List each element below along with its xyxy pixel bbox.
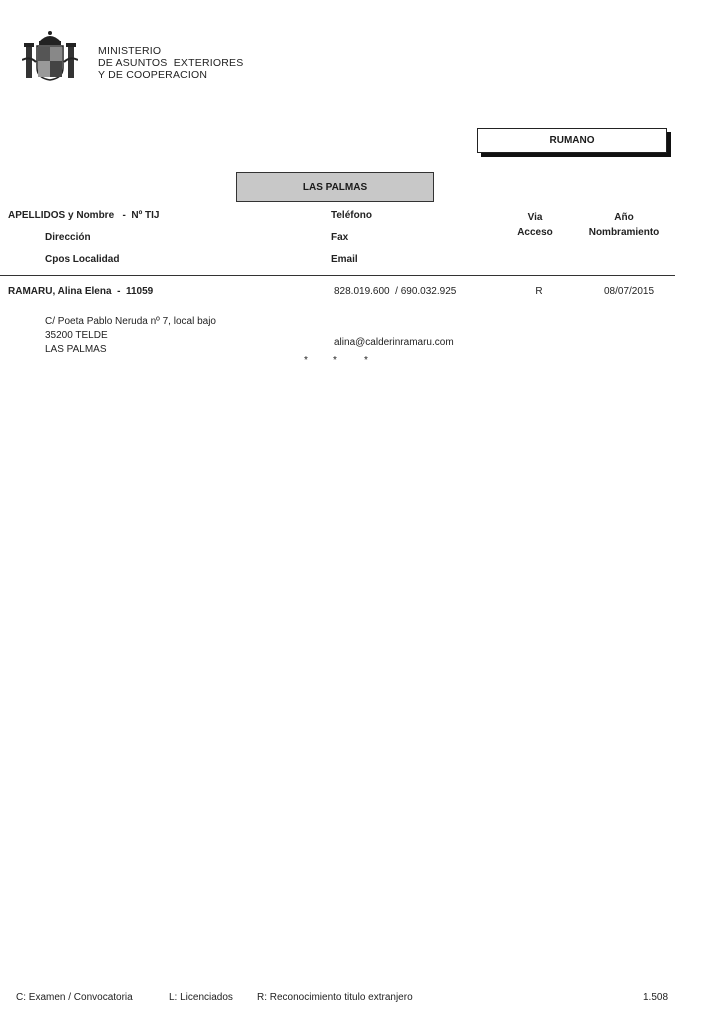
ministry-line-2: DE ASUNTOS EXTERIORES — [98, 57, 243, 69]
record-separator-3: * — [364, 355, 368, 366]
record-address: C/ Poeta Pablo Neruda nº 7, local bajo — [45, 315, 216, 329]
col-header-name-tij: APELLIDOS y Nombre - Nº TIJ — [8, 210, 159, 221]
col-header-year: Año Nombramiento — [578, 210, 670, 240]
language-box: RUMANO — [477, 128, 667, 153]
col-header-address: Dirección — [45, 232, 91, 243]
record-cpos-locality: 35200 TELDE — [45, 329, 216, 343]
record-province: LAS PALMAS — [45, 343, 216, 357]
col-header-fax: Fax — [331, 232, 348, 243]
record-email[interactable]: alina@calderinramaru.com — [334, 337, 454, 348]
col-header-email: Email — [331, 254, 358, 265]
col-header-phone: Teléfono — [331, 210, 372, 221]
header-divider — [0, 275, 675, 276]
ministry-line-3: Y DE COOPERACION — [98, 69, 243, 81]
col-header-cpos-locality: Cpos Localidad — [45, 254, 119, 265]
language-label: RUMANO — [550, 135, 595, 146]
legend-l: L: Licenciados — [169, 992, 233, 1003]
record-separator-2: * — [333, 355, 337, 366]
page-number: 1.508 — [643, 992, 668, 1003]
col-header-year-line2: Nombramiento — [578, 225, 670, 240]
col-header-access-line2: Acceso — [500, 225, 570, 240]
legend-c: C: Examen / Convocatoria — [16, 992, 133, 1003]
record-address-block: C/ Poeta Pablo Neruda nº 7, local bajo 3… — [45, 315, 216, 357]
record-access: R — [500, 286, 578, 297]
col-header-access: Via Acceso — [500, 210, 570, 240]
col-header-year-line1: Año — [578, 210, 670, 225]
record-name-tij: RAMARU, Alina Elena - 11059 — [8, 286, 153, 297]
ministry-line-1: MINISTERIO — [98, 45, 243, 57]
province-label: LAS PALMAS — [303, 182, 367, 193]
spain-coat-of-arms-icon — [22, 30, 78, 82]
record-phone: 828.019.600 / 690.032.925 — [334, 286, 456, 297]
col-header-access-line1: Via — [500, 210, 570, 225]
record-separator-1: * — [304, 355, 308, 366]
legend-r: R: Reconocimiento titulo extranjero — [257, 992, 413, 1003]
record-appointment-date: 08/07/2015 — [604, 286, 654, 297]
ministry-name: MINISTERIO DE ASUNTOS EXTERIORES Y DE CO… — [98, 45, 243, 81]
province-box: LAS PALMAS — [236, 172, 434, 202]
